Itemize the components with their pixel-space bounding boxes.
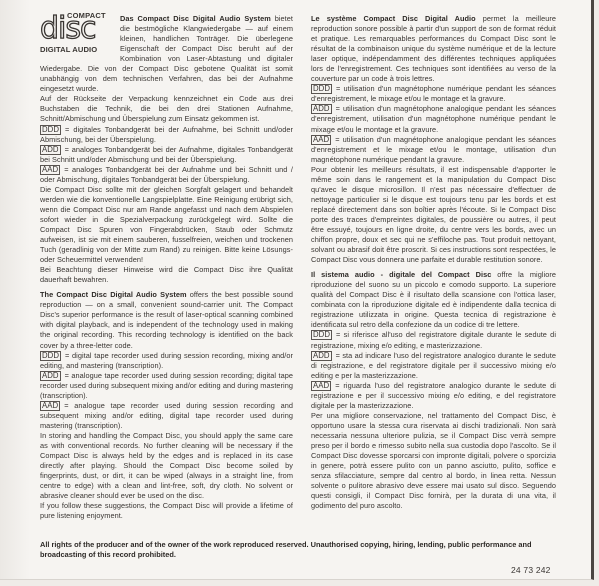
english-lead: The Compact Disc Digital Audio System [40,290,187,299]
english-code-ddd: DDD= digital tape recorder used during s… [40,351,293,371]
german-code-add: ADD= analoges Tonbandgerät bei der Aufna… [40,145,293,165]
italian-care: Per una migliore conservazione, nel trat… [311,411,556,511]
code-badge: AAD [40,401,60,411]
german-code-ddd: DDD= digitales Tonbandgerät bei der Aufn… [40,125,293,145]
code-badge: ADD [40,371,61,381]
page-edge-shade [0,0,30,579]
german-code-aad: AAD= analoges Tonbandgerät bei der Aufna… [40,165,293,185]
code-badge: ADD [311,104,332,114]
english-code-aad: AAD= analogue tape recorder used during … [40,401,293,431]
english-closing: If you follow these suggestions, the Com… [40,501,293,521]
code-badge: DDD [311,84,332,94]
italian-code-add: ADD= sta ad indicare l'uso del registrat… [311,351,556,381]
italian-intro: Il sistema audio - digitale del Compact … [311,270,556,330]
catalog-number: 24 73 242 [511,565,551,575]
code-badge: DDD [40,125,61,135]
english-code-add: ADD= analogue tape recorder used during … [40,371,293,401]
left-column: COMPACT disc DIGITAL AUDIO Das Compact D… [40,14,293,521]
french-care: Pour obtenir les meilleurs résultats, il… [311,165,556,265]
right-column: Le système Compact Disc Digital Audio pe… [311,14,556,511]
french-lead: Le système Compact Disc Digital Audio [311,14,476,23]
code-badge: AAD [311,135,331,145]
logo-disc-wordmark: disc [40,14,96,44]
german-care: Die Compact Disc sollte mit der gleichen… [40,185,293,265]
code-badge: AAD [40,165,60,175]
italian-code-ddd: DDD= si riferisce all'uso del registrato… [311,330,556,350]
french-code-ddd: DDD= utilisation d'un magnétophone numér… [311,84,556,104]
french-code-add: ADD= utilisation d'un magnétophone analo… [311,104,556,134]
rights-notice: All rights of the producer and of the ow… [40,540,560,560]
compact-disc-logo: COMPACT disc DIGITAL AUDIO [40,11,110,57]
english-care: In storing and handling the Compact Disc… [40,431,293,501]
italian-lead: Il sistema audio - digitale del Compact … [311,270,491,279]
code-badge: DDD [40,351,61,361]
german-lead: Das Compact Disc Digital Audio System [120,14,271,23]
french-intro: Le système Compact Disc Digital Audio pe… [311,14,556,84]
french-code-aad: AAD= utilisation d'un magnétophone analo… [311,135,556,165]
german-closing: Bei Beachtung dieser Hinweise wird die C… [40,265,293,285]
logo-digital-audio-label: DIGITAL AUDIO [40,45,97,55]
code-badge: AAD [311,381,331,391]
code-badge: DDD [311,330,332,340]
cd-booklet-page: COMPACT disc DIGITAL AUDIO Das Compact D… [0,0,594,580]
english-intro: The Compact Disc Digital Audio System of… [40,290,293,350]
german-code-intro: Auf der Rückseite der Verpackung kennzei… [40,94,293,124]
code-badge: ADD [311,351,332,361]
italian-code-aad: AAD= riguarda l'uso del registratore ana… [311,381,556,411]
code-badge: ADD [40,145,61,155]
